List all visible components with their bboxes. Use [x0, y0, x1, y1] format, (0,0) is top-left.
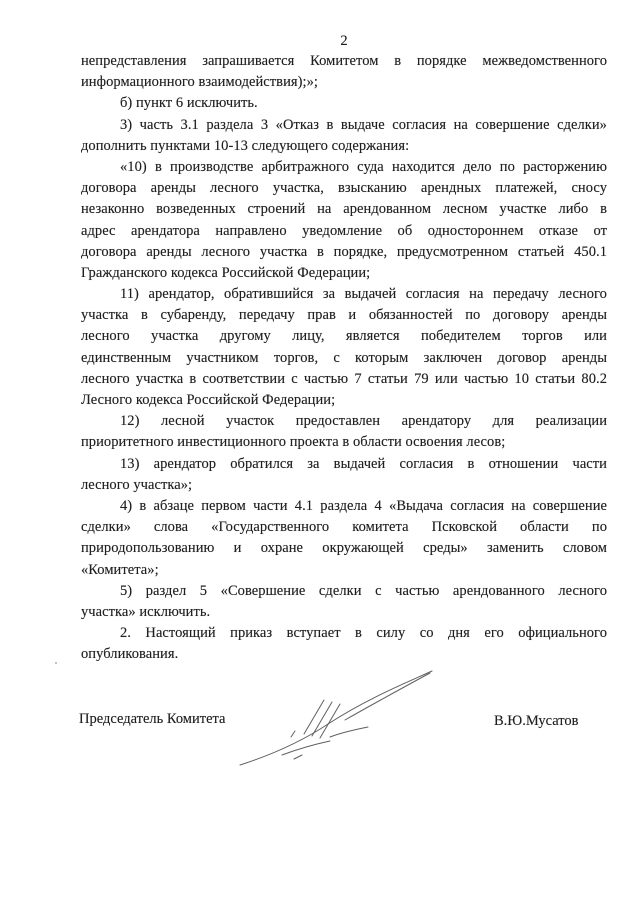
text-line: лесного участка»; — [81, 475, 607, 496]
text-line: 2. Настоящий приказ вступает в силу со д… — [81, 623, 607, 644]
signatory-name: В.Ю.Мусатов — [494, 713, 579, 730]
text-line: «10) в производстве арбитражного суда на… — [81, 157, 607, 178]
text-line: дополнить пунктами 10-13 следующего соде… — [81, 136, 607, 157]
document-body: непредставления запрашивается Комитетом … — [81, 51, 607, 665]
text-line: лесного участка другому лицу, является п… — [81, 326, 607, 347]
text-line: 5) раздел 5 «Совершение сделки с частью … — [81, 581, 607, 602]
text-line: 3) часть 3.1 раздела 3 «Отказ в выдаче с… — [81, 115, 607, 136]
text-line: Лесного кодекса Российской Федерации; — [81, 390, 607, 411]
signature-block: Председатель Комитета В.Ю.Мусатов — [0, 711, 640, 731]
text-line: б) пункт 6 исключить. — [81, 93, 607, 114]
text-line: лесного участка в соответствии с частью … — [81, 369, 607, 390]
scan-speck — [55, 662, 57, 664]
text-line: договора аренды лесного участка, взыскан… — [81, 178, 607, 199]
text-line: Гражданского кодекса Российской Федераци… — [81, 263, 607, 284]
text-line: природопользованию и охране окружающей с… — [81, 538, 607, 559]
text-line: единственным участником торгов, с которы… — [81, 348, 607, 369]
text-line: незаконно возведенных строений на арендо… — [81, 199, 607, 220]
page-number: 2 — [81, 33, 607, 50]
text-line: 12) лесной участок предоставлен арендато… — [81, 411, 607, 432]
text-line: информационного взаимодействия);»; — [81, 72, 607, 93]
text-line: «Комитета»; — [81, 560, 607, 581]
signatory-title: Председатель Комитета — [79, 711, 225, 728]
text-line: договора аренды лесного участка в порядк… — [81, 242, 607, 263]
text-line: сделки» слова «Государственного комитета… — [81, 517, 607, 538]
text-line: 13) арендатор обратился за выдачей согла… — [81, 454, 607, 475]
text-line: 4) в абзаце первом части 4.1 раздела 4 «… — [81, 496, 607, 517]
text-line: приоритетного инвестиционного проекта в … — [81, 432, 607, 453]
text-line: непредставления запрашивается Комитетом … — [81, 51, 607, 72]
text-line: адрес арендатора направлено уведомление … — [81, 221, 607, 242]
document-page: 2 непредставления запрашивается Комитето… — [0, 0, 640, 905]
text-line: участка в субаренду, передачу прав и обя… — [81, 305, 607, 326]
text-line: 11) арендатор, обратившийся за выдачей с… — [81, 284, 607, 305]
text-line: участка» исключить. — [81, 602, 607, 623]
